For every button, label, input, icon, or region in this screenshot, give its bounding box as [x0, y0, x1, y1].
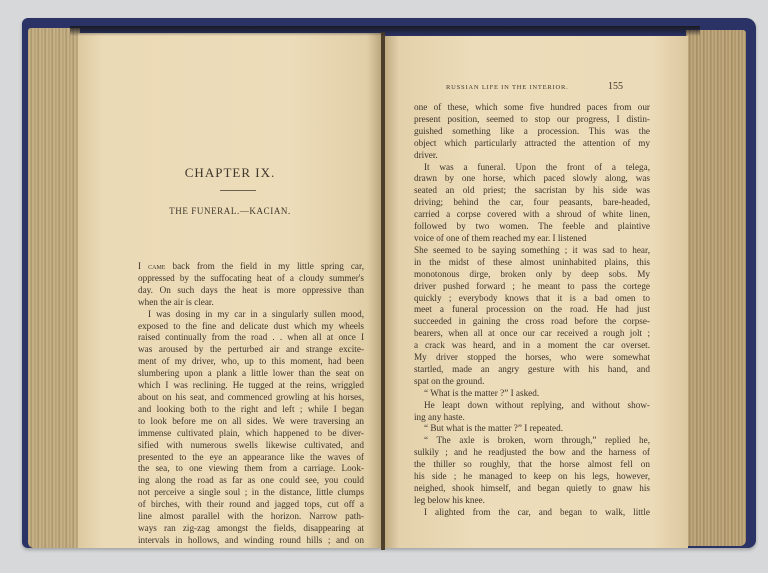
chapter-title: CHAPTER IX.	[78, 165, 382, 181]
text-line: about on his seat, and commenced growlin…	[138, 392, 364, 404]
left-page: CHAPTER IX. THE FUNERAL.—KACIAN. I came …	[78, 33, 382, 548]
text-line: the thiller so roughly, that the horse a…	[414, 459, 650, 471]
text-line: which I was reclining. He tugged at the …	[138, 380, 364, 392]
text-line: one of these, which some five hundred pa…	[414, 102, 650, 114]
text-line: I came back from the field in my little …	[138, 261, 364, 273]
text-line: leg below his knee.	[414, 495, 650, 507]
text-line: sified with numerous swells likewise cul…	[138, 440, 364, 452]
running-head: RUSSIAN LIFE IN THE INTERIOR.	[446, 84, 569, 91]
text-line: ing along the road as far as one could s…	[138, 475, 364, 487]
text-line: “ What is the matter ?” I asked.	[414, 388, 650, 400]
text-line: raised continually from the road . . whe…	[138, 332, 364, 344]
text-line: when the air is clear.	[138, 297, 364, 309]
section-title: THE FUNERAL.—KACIAN.	[78, 206, 382, 216]
text-line: driver.	[414, 150, 650, 162]
text-line: presented to the eye an appearance like …	[138, 452, 364, 464]
right-page-body-text: one of these, which some five hundred pa…	[414, 102, 650, 519]
text-line: object which particularly attracted the …	[414, 138, 650, 150]
text-line: in the midst of these almost uninhabited…	[414, 257, 650, 269]
text-line: I alighted from the car, and began to wa…	[414, 507, 650, 519]
book-gutter	[381, 32, 385, 550]
text-line: ways ran zig-zag amongst the fields, dis…	[138, 523, 364, 535]
text-line: spat on the ground.	[414, 376, 650, 388]
text-line: day. On such days the heat is more oppre…	[138, 285, 364, 297]
page-edges-left	[28, 28, 80, 548]
text-line: ing any haste.	[414, 412, 650, 424]
text-line: My driver stopped the horses, who were s…	[414, 352, 650, 364]
text-line: to look before me on all sides. We were …	[138, 416, 364, 428]
text-line: present position, seemed to stop our pro…	[414, 114, 650, 126]
text-line: succeeded in gaining the cross road befo…	[414, 316, 650, 328]
text-line: the sea, to one viewing them from a carr…	[138, 463, 364, 475]
text-line: “ But what is the matter ?” I repeated.	[414, 423, 650, 435]
text-line: seated an old priest; the sacristan by h…	[414, 185, 650, 197]
text-line: “ The axle is broken, worn through,” rep…	[414, 435, 650, 447]
text-line: drawn by one horse, which paced slowly a…	[414, 173, 650, 185]
text-line: line almost parallel with the horizon. N…	[138, 511, 364, 523]
text-line: quickly ; everybody knows that it is a b…	[414, 293, 650, 305]
text-line: his side ; he managed to keep on his leg…	[414, 471, 650, 483]
left-page-body-text: I came back from the field in my little …	[138, 261, 364, 547]
top-shadow	[70, 26, 700, 36]
text-line: sulkily ; and he readjusted the bow and …	[414, 447, 650, 459]
text-line: of birches, with their round and jagged …	[138, 499, 364, 511]
text-line: immense cultivated plain, which happened…	[138, 428, 364, 440]
text-line: neighed, shook himself, and began quietl…	[414, 483, 650, 495]
text-line: followed by two women. The feeble and pl…	[414, 221, 650, 233]
right-page: RUSSIAN LIFE IN THE INTERIOR. 155 one of…	[384, 36, 688, 548]
title-rule	[220, 190, 256, 191]
text-line: guished something like a procession. Thi…	[414, 126, 650, 138]
text-line: slumbering upon a plank a little lower t…	[138, 368, 364, 380]
text-line: I was dosing in my car in a singularly s…	[138, 309, 364, 321]
text-line: was aroused by the perturbed air and str…	[138, 344, 364, 356]
text-line: oppressed by the suffocating heat of a c…	[138, 273, 364, 285]
text-line: a crack was heard, and in a moment the c…	[414, 340, 650, 352]
text-line: carried a corpse covered with a shroud o…	[414, 209, 650, 221]
text-line: driving; behind the car, four peasants, …	[414, 197, 650, 209]
text-line: ment of my driver, who, up to this momen…	[138, 356, 364, 368]
text-line: startled, made an angry gesture with his…	[414, 364, 650, 376]
text-line: and looking both to the right and left ;…	[138, 404, 364, 416]
text-line: intervals in hollows, and winding round …	[138, 535, 364, 547]
text-line: She seemed to be saying something ; it w…	[414, 245, 650, 257]
text-line: It was a funeral. Upon the front of a te…	[414, 162, 650, 174]
text-line: He leapt down without replying, and with…	[414, 400, 650, 412]
text-line: driver pushed forward ; he meant to pass…	[414, 281, 650, 293]
text-line: meet a funeral procession on the road. H…	[414, 304, 650, 316]
text-line: exposed to the fine and delicate dust wh…	[138, 321, 364, 333]
page-edges-right	[686, 30, 746, 546]
text-line: bearers, when all at once our car receiv…	[414, 328, 650, 340]
text-line: voice of one of them reached my ear. I l…	[414, 233, 650, 245]
page-number: 155	[608, 81, 623, 92]
text-line: not perceive a single soul ; in the dist…	[138, 487, 364, 499]
text-line: monotonous dirge, broken only by deep so…	[414, 269, 650, 281]
